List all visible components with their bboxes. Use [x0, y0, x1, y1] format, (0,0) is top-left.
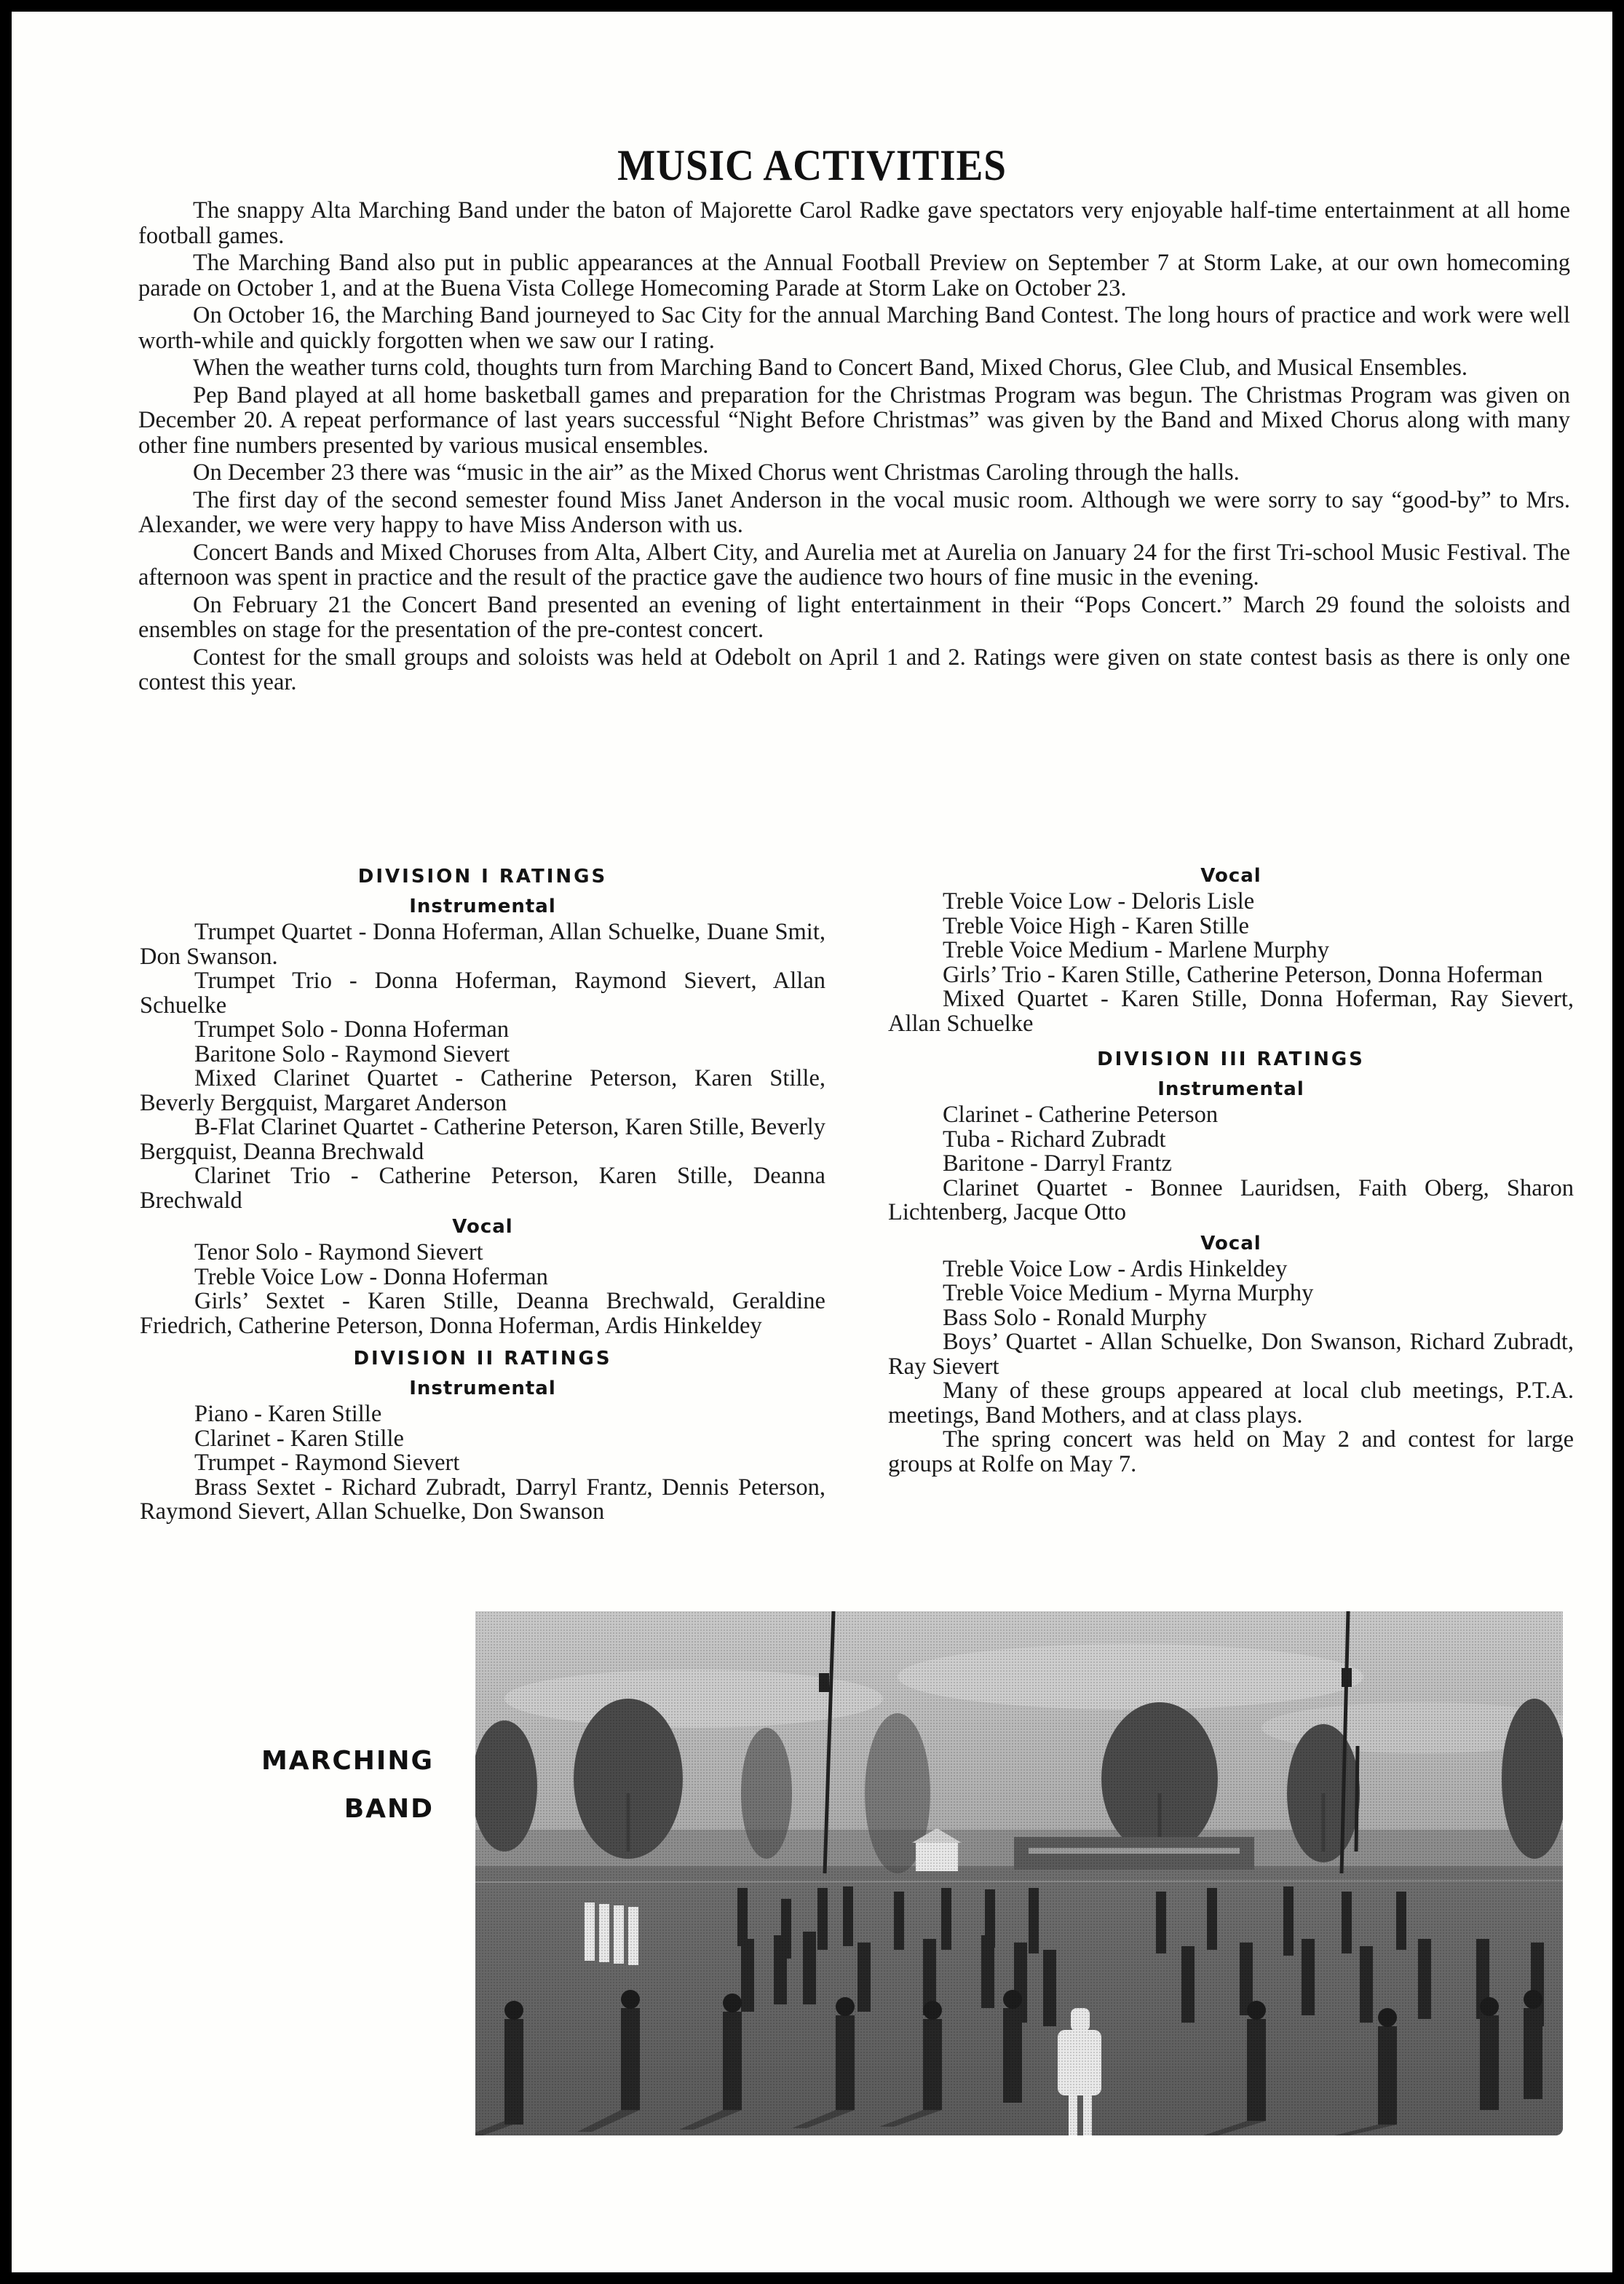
rating-entry: Clarinet Quartet - Bonnee Lauridsen, Fai…: [888, 1177, 1574, 1225]
rating-entry: Brass Sextet - Richard Zubradt, Darryl F…: [140, 1476, 825, 1525]
rating-entry: Girls’ Trio - Karen Stille, Catherine Pe…: [888, 963, 1574, 988]
rating-entry: Treble Voice Low - Donna Hoferman: [140, 1265, 825, 1290]
rating-entry: B-Flat Clarinet Quartet - Catherine Pete…: [140, 1115, 825, 1164]
intro-paragraph: When the weather turns cold, thoughts tu…: [138, 355, 1570, 381]
intro-paragraph: Pep Band played at all home basketball g…: [138, 383, 1570, 459]
rating-entry: Piano - Karen Stille: [140, 1402, 825, 1427]
marching-band-photo: [475, 1611, 1563, 2135]
rating-entry: Trumpet Trio - Donna Hoferman, Raymond S…: [140, 969, 825, 1018]
yearbook-page: MUSIC ACTIVITIES The snappy Alta Marchin…: [12, 12, 1612, 2272]
division-3-vocal-heading: Vocal: [888, 1231, 1574, 1256]
division-3-instrumental-heading: Instrumental: [888, 1077, 1574, 1102]
rating-entry: Mixed Quartet - Karen Stille, Donna Hofe…: [888, 987, 1574, 1036]
caption-line: BAND: [261, 1785, 434, 1833]
rating-entry: Clarinet - Catherine Peterson: [888, 1103, 1574, 1128]
rating-entry: Clarinet Trio - Catherine Peterson, Kare…: [140, 1164, 825, 1213]
page-title: MUSIC ACTIVITIES: [76, 140, 1548, 191]
rating-entry: Tenor Solo - Raymond Sievert: [140, 1241, 825, 1265]
rating-entry: Baritone - Darryl Frantz: [888, 1152, 1574, 1177]
rating-entry: Treble Voice Low - Ardis Hinkeldey: [888, 1257, 1574, 1282]
closing-paragraph: Many of these groups appeared at local c…: [888, 1379, 1574, 1428]
rating-entry: Trumpet Quartet - Donna Hoferman, Allan …: [140, 920, 825, 969]
division-2-heading: DIVISION II RATINGS: [140, 1345, 825, 1372]
rating-entry: Treble Voice Medium - Marlene Murphy: [888, 939, 1574, 963]
ratings-left-column: DIVISION I RATINGS Instrumental Trumpet …: [140, 856, 825, 1525]
ratings-right-column: Vocal Treble Voice Low - Deloris Lisle T…: [888, 856, 1574, 1477]
rating-entry: Bass Solo - Ronald Murphy: [888, 1306, 1574, 1331]
rating-entry: Boys’ Quartet - Allan Schuelke, Don Swan…: [888, 1330, 1574, 1379]
rating-entry: Treble Voice Low - Deloris Lisle: [888, 890, 1574, 914]
intro-paragraph: The snappy Alta Marching Band under the …: [138, 198, 1570, 248]
rating-entry: Trumpet - Raymond Sievert: [140, 1451, 825, 1476]
division-1-heading: DIVISION I RATINGS: [140, 864, 825, 890]
division-2-instrumental-heading: Instrumental: [140, 1376, 825, 1401]
intro-paragraph: The first day of the second semester fou…: [138, 488, 1570, 538]
rating-entry: Treble Voice High - Karen Stille: [888, 914, 1574, 939]
division-3-heading: DIVISION III RATINGS: [888, 1046, 1574, 1072]
rating-entry: Girls’ Sextet - Karen Stille, Deanna Bre…: [140, 1289, 825, 1338]
intro-paragraph: Contest for the small groups and soloist…: [138, 645, 1570, 695]
division-1-instrumental-heading: Instrumental: [140, 894, 825, 919]
division-1-vocal-heading: Vocal: [140, 1214, 825, 1239]
rating-entry: Trumpet Solo - Donna Hoferman: [140, 1018, 825, 1043]
intro-text: The snappy Alta Marching Band under the …: [138, 198, 1570, 698]
closing-paragraph: The spring concert was held on May 2 and…: [888, 1428, 1574, 1477]
rating-entry: Mixed Clarinet Quartet - Catherine Peter…: [140, 1067, 825, 1115]
rating-entry: Tuba - Richard Zubradt: [888, 1128, 1574, 1153]
intro-paragraph: On December 23 there was “music in the a…: [138, 460, 1570, 486]
intro-paragraph: On October 16, the Marching Band journey…: [138, 303, 1570, 353]
division-1-vocal-continued-heading: Vocal: [888, 864, 1574, 888]
caption-line: MARCHING: [261, 1737, 434, 1785]
photo-image: [475, 1611, 1563, 2135]
rating-entry: Clarinet - Karen Stille: [140, 1427, 825, 1452]
intro-paragraph: The Marching Band also put in public app…: [138, 250, 1570, 301]
intro-paragraph: Concert Bands and Mixed Choruses from Al…: [138, 540, 1570, 590]
rating-entry: Treble Voice Medium - Myrna Murphy: [888, 1281, 1574, 1306]
photo-caption: MARCHING BAND: [261, 1737, 434, 1833]
intro-paragraph: On February 21 the Concert Band presente…: [138, 593, 1570, 643]
rating-entry: Baritone Solo - Raymond Sievert: [140, 1043, 825, 1067]
